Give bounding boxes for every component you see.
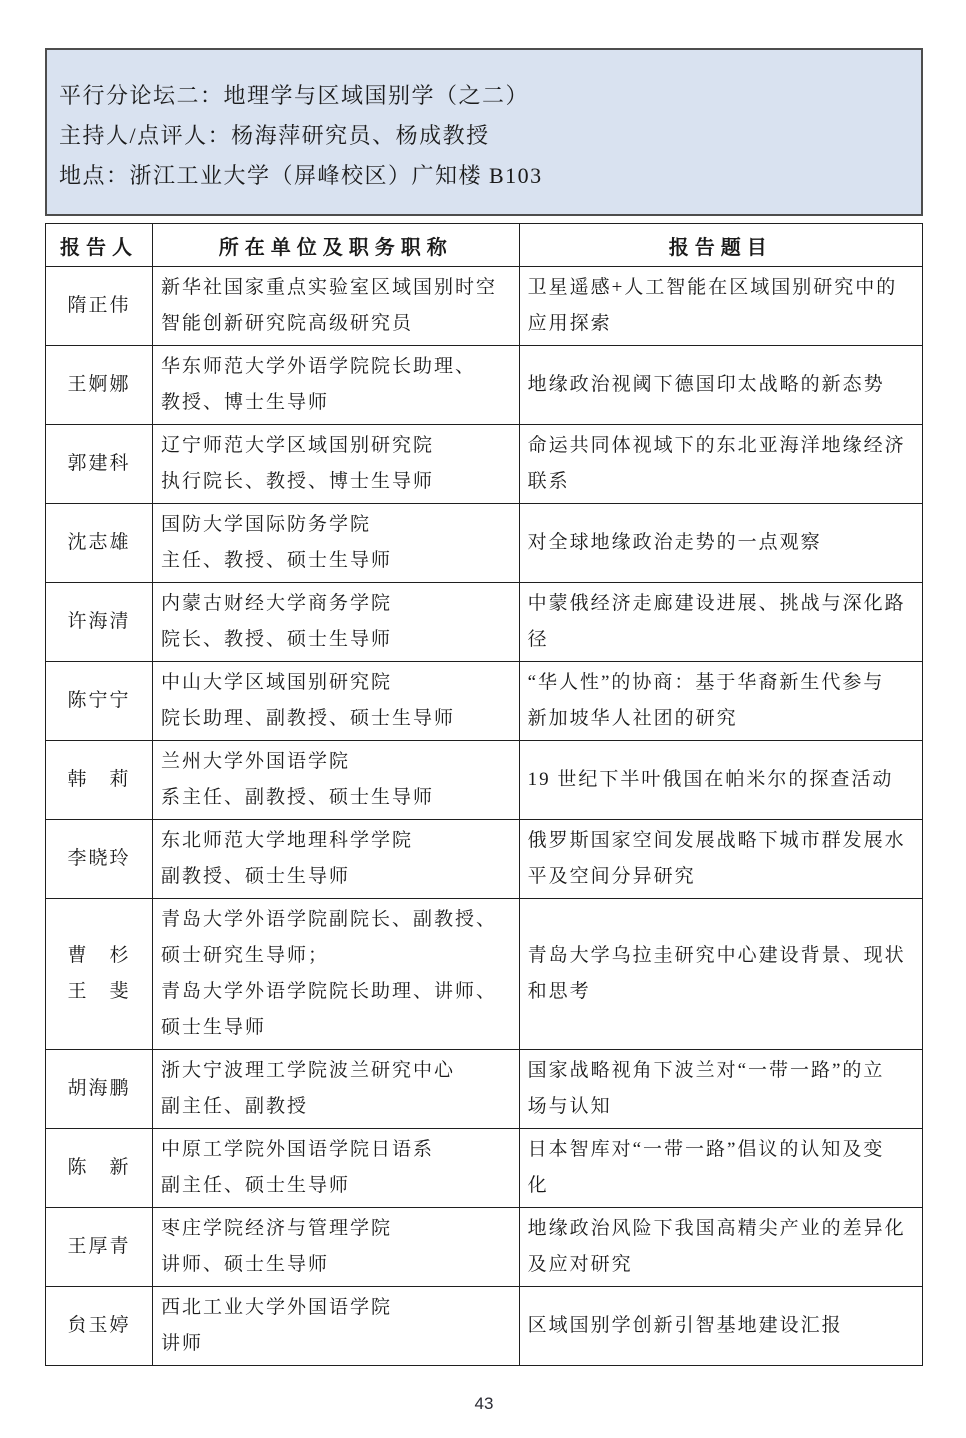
presenter-affiliation: 华东师范大学外语学院院长助理、 教授、博士生导师 bbox=[152, 346, 519, 425]
session-title: 平行分论坛二：地理学与区域国别学（之二） bbox=[59, 76, 905, 116]
presenter-name: 王婀娜 bbox=[46, 346, 153, 425]
table-row: 郭建科 辽宁师范大学区域国别研究院 执行院长、教授、博士生导师 命运共同体视域下… bbox=[46, 425, 923, 504]
presenter-affiliation: 新华社国家重点实验室区域国别时空 智能创新研究院高级研究员 bbox=[152, 267, 519, 346]
program-table: 报告人 所在单位及职务职称 报告题目 隋正伟 新华社国家重点实验室区域国别时空 … bbox=[45, 223, 923, 1366]
presenter-affiliation: 东北师范大学地理科学学院 副教授、硕士生导师 bbox=[152, 820, 519, 899]
presenter-name: 沈志雄 bbox=[46, 504, 153, 583]
table-row: 陈宁宁 中山大学区域国别研究院 院长助理、副教授、硕士生导师 “华人性”的协商：… bbox=[46, 662, 923, 741]
presenter-affiliation: 内蒙古财经大学商务学院 院长、教授、硕士生导师 bbox=[152, 583, 519, 662]
report-title: “华人性”的协商：基于华裔新生代参与 新加坡华人社团的研究 bbox=[519, 662, 922, 741]
presenter-name: 李晓玲 bbox=[46, 820, 153, 899]
presenter-affiliation: 国防大学国际防务学院 主任、教授、硕士生导师 bbox=[152, 504, 519, 583]
presenter-affiliation: 浙大宁波理工学院波兰研究中心 副主任、副教授 bbox=[152, 1050, 519, 1129]
presenter-name: 陈 新 bbox=[46, 1129, 153, 1208]
presenter-name: 隋正伟 bbox=[46, 267, 153, 346]
report-title: 地缘政治风险下我国高精尖产业的差异化 及应对研究 bbox=[519, 1208, 922, 1287]
table-row: 王厚青 枣庄学院经济与管理学院 讲师、硕士生导师 地缘政治风险下我国高精尖产业的… bbox=[46, 1208, 923, 1287]
presenter-name: 王厚青 bbox=[46, 1208, 153, 1287]
table-body: 隋正伟 新华社国家重点实验室区域国别时空 智能创新研究院高级研究员 卫星遥感+人… bbox=[46, 267, 923, 1366]
presenter-name: 韩 莉 bbox=[46, 741, 153, 820]
table-row: 王婀娜 华东师范大学外语学院院长助理、 教授、博士生导师 地缘政治视阈下德国印太… bbox=[46, 346, 923, 425]
table-row: 贠玉婷 西北工业大学外国语学院 讲师 区域国别学创新引智基地建设汇报 bbox=[46, 1287, 923, 1366]
table-row: 沈志雄 国防大学国际防务学院 主任、教授、硕士生导师 对全球地缘政治走势的一点观… bbox=[46, 504, 923, 583]
presenter-affiliation: 兰州大学外国语学院 系主任、副教授、硕士生导师 bbox=[152, 741, 519, 820]
report-title: 中蒙俄经济走廊建设进展、挑战与深化路 径 bbox=[519, 583, 922, 662]
presenter-affiliation: 辽宁师范大学区域国别研究院 执行院长、教授、博士生导师 bbox=[152, 425, 519, 504]
report-title: 命运共同体视域下的东北亚海洋地缘经济 联系 bbox=[519, 425, 922, 504]
report-title: 日本智库对“一带一路”倡议的认知及变 化 bbox=[519, 1129, 922, 1208]
session-header-box: 平行分论坛二：地理学与区域国别学（之二） 主持人/点评人：杨海萍研究员、杨成教授… bbox=[45, 48, 923, 216]
report-title: 卫星遥感+人工智能在区域国别研究中的 应用探索 bbox=[519, 267, 922, 346]
report-title: 地缘政治视阈下德国印太战略的新态势 bbox=[519, 346, 922, 425]
presenter-affiliation: 青岛大学外语学院副院长、副教授、 硕士研究生导师； 青岛大学外语学院院长助理、讲… bbox=[152, 899, 519, 1050]
report-title: 青岛大学乌拉圭研究中心建设背景、现状 和思考 bbox=[519, 899, 922, 1050]
column-header-presenter: 报告人 bbox=[46, 224, 153, 267]
table-header-row: 报告人 所在单位及职务职称 报告题目 bbox=[46, 224, 923, 267]
table-row: 韩 莉 兰州大学外国语学院 系主任、副教授、硕士生导师 19 世纪下半叶俄国在帕… bbox=[46, 741, 923, 820]
presenter-name: 胡海鹏 bbox=[46, 1050, 153, 1129]
presenter-name: 许海清 bbox=[46, 583, 153, 662]
presenter-affiliation: 西北工业大学外国语学院 讲师 bbox=[152, 1287, 519, 1366]
page-number: 43 bbox=[45, 1394, 923, 1414]
session-location: 地点：浙江工业大学（屏峰校区）广知楼 B103 bbox=[59, 156, 905, 196]
session-moderator: 主持人/点评人：杨海萍研究员、杨成教授 bbox=[59, 116, 905, 156]
presenter-affiliation: 中原工学院外国语学院日语系 副主任、硕士生导师 bbox=[152, 1129, 519, 1208]
presenter-name: 郭建科 bbox=[46, 425, 153, 504]
presenter-name: 贠玉婷 bbox=[46, 1287, 153, 1366]
report-title: 对全球地缘政治走势的一点观察 bbox=[519, 504, 922, 583]
table-row: 许海清 内蒙古财经大学商务学院 院长、教授、硕士生导师 中蒙俄经济走廊建设进展、… bbox=[46, 583, 923, 662]
table-row: 李晓玲 东北师范大学地理科学学院 副教授、硕士生导师 俄罗斯国家空间发展战略下城… bbox=[46, 820, 923, 899]
presenter-name: 曹 杉 王 斐 bbox=[46, 899, 153, 1050]
presenter-affiliation: 枣庄学院经济与管理学院 讲师、硕士生导师 bbox=[152, 1208, 519, 1287]
table-row: 曹 杉 王 斐 青岛大学外语学院副院长、副教授、 硕士研究生导师； 青岛大学外语… bbox=[46, 899, 923, 1050]
report-title: 俄罗斯国家空间发展战略下城市群发展水 平及空间分异研究 bbox=[519, 820, 922, 899]
table-row: 胡海鹏 浙大宁波理工学院波兰研究中心 副主任、副教授 国家战略视角下波兰对“一带… bbox=[46, 1050, 923, 1129]
column-header-affiliation: 所在单位及职务职称 bbox=[152, 224, 519, 267]
report-title: 区域国别学创新引智基地建设汇报 bbox=[519, 1287, 922, 1366]
document-page: 平行分论坛二：地理学与区域国别学（之二） 主持人/点评人：杨海萍研究员、杨成教授… bbox=[0, 0, 966, 1438]
presenter-affiliation: 中山大学区域国别研究院 院长助理、副教授、硕士生导师 bbox=[152, 662, 519, 741]
report-title: 19 世纪下半叶俄国在帕米尔的探查活动 bbox=[519, 741, 922, 820]
table-row: 陈 新 中原工学院外国语学院日语系 副主任、硕士生导师 日本智库对“一带一路”倡… bbox=[46, 1129, 923, 1208]
column-header-report-title: 报告题目 bbox=[519, 224, 922, 267]
report-title: 国家战略视角下波兰对“一带一路”的立 场与认知 bbox=[519, 1050, 922, 1129]
table-row: 隋正伟 新华社国家重点实验室区域国别时空 智能创新研究院高级研究员 卫星遥感+人… bbox=[46, 267, 923, 346]
presenter-name: 陈宁宁 bbox=[46, 662, 153, 741]
